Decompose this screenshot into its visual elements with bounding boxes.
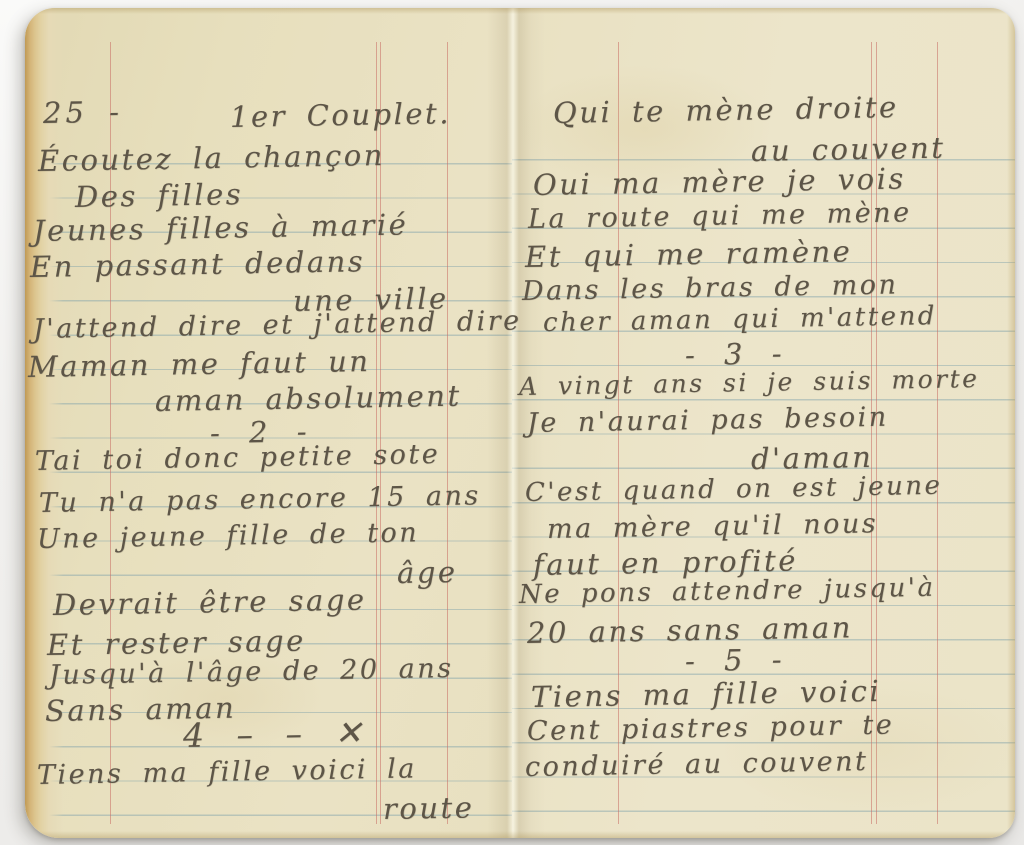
handwritten-line: Qui te mène droite bbox=[553, 90, 899, 130]
handwritten-line: C'est quand on est jeune bbox=[525, 471, 943, 508]
handwritten-line: Je n'aurai pas besoin bbox=[527, 402, 889, 439]
right-page-text-layer: Qui te mène droiteau couventOui ma mère … bbox=[25, 8, 1015, 838]
handwritten-line: ma mère qu'il nous bbox=[547, 508, 879, 545]
verse-number: - 5 - bbox=[685, 642, 788, 678]
handwritten-line: Et qui me ramène bbox=[525, 234, 853, 274]
handwritten-line: A vingt ans si je suis morte bbox=[519, 364, 980, 401]
notebook-spread: 25 -1er Couplet.Écoutez la chançonDes fi… bbox=[25, 8, 1015, 838]
handwritten-line: Cent piastres pour te bbox=[527, 710, 895, 747]
handwritten-line: conduiré au couvent bbox=[525, 746, 869, 783]
handwritten-line: d'aman bbox=[751, 440, 874, 476]
handwritten-line: La route qui me mène bbox=[528, 197, 912, 235]
handwritten-line: Oui ma mère je vois bbox=[533, 161, 906, 201]
handwritten-line: Tiens ma fille voici bbox=[531, 674, 882, 714]
handwritten-line: Ne pons attendre jusqu'à bbox=[519, 573, 936, 610]
scan-background: 25 -1er Couplet.Écoutez la chançonDes fi… bbox=[0, 0, 1024, 845]
handwritten-line: cher aman qui m'attend bbox=[543, 301, 937, 338]
handwritten-line: Dans les bras de mon bbox=[522, 269, 899, 307]
